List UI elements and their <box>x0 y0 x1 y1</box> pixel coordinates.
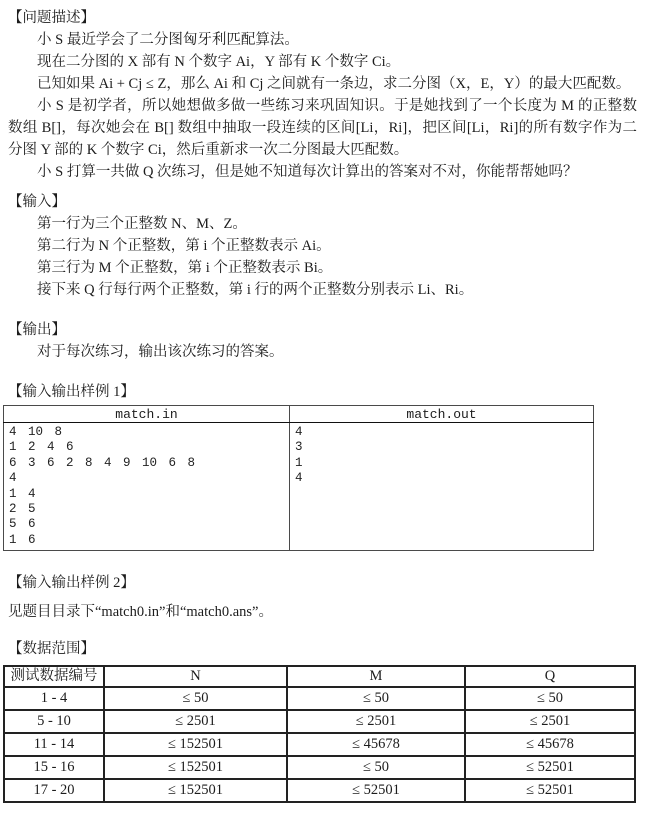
heading-input: 【输入】 <box>8 191 637 213</box>
sample-input-line: 4 <box>9 471 289 486</box>
sample-input-line: 1 2 4 6 <box>9 440 289 455</box>
table-row: 5 - 10 ≤ 2501 ≤ 2501 ≤ 2501 <box>4 710 635 733</box>
range-cell-testcase: 17 - 20 <box>4 779 104 802</box>
range-cell-m: ≤ 50 <box>287 687 465 710</box>
problem-paragraph-4: 小 S 是初学者，所以她想做多做一些练习来巩固知识。于是她找到了一个长度为 M … <box>8 95 637 161</box>
sample-io-content-row: 4 10 8 1 2 4 6 6 3 6 2 8 4 9 10 6 8 4 1 … <box>4 423 594 551</box>
sample-2-note: 见题目目录下“match0.in”和“match0.ans”。 <box>8 601 637 623</box>
input-format-line-1: 第一行为三个正整数 N、M、Z。 <box>8 213 637 235</box>
range-cell-q: ≤ 50 <box>465 687 635 710</box>
sample-io-header-row: match.in match.out <box>4 406 594 423</box>
table-row: 1 - 4 ≤ 50 ≤ 50 ≤ 50 <box>4 687 635 710</box>
range-header-testcase: 测试数据编号 <box>4 666 104 687</box>
sample-input-cell: 4 10 8 1 2 4 6 6 3 6 2 8 4 9 10 6 8 4 1 … <box>4 423 290 551</box>
range-header-row: 测试数据编号 N M Q <box>4 666 635 687</box>
range-header-m: M <box>287 666 465 687</box>
range-cell-n: ≤ 152501 <box>104 779 287 802</box>
problem-paragraph-3: 已知如果 Ai + Cj ≤ Z，那么 Ai 和 Cj 之间就有一条边，求二分图… <box>8 73 637 95</box>
range-cell-testcase: 5 - 10 <box>4 710 104 733</box>
sample-input-line: 4 10 8 <box>9 425 289 440</box>
problem-statement-page: 【问题描述】 小 S 最近学会了二分图匈牙利匹配算法。 现在二分图的 X 部有 … <box>0 0 645 827</box>
table-row: 17 - 20 ≤ 152501 ≤ 52501 ≤ 52501 <box>4 779 635 802</box>
sample-input-filename: match.in <box>4 406 290 423</box>
sample-input-line: 1 4 <box>9 487 289 502</box>
range-cell-m: ≤ 2501 <box>287 710 465 733</box>
range-cell-q: ≤ 2501 <box>465 710 635 733</box>
problem-paragraph-2: 现在二分图的 X 部有 N 个数字 Ai，Y 部有 K 个数字 Ci。 <box>8 51 637 73</box>
heading-sample-2: 【输入输出样例 2】 <box>8 572 637 594</box>
range-cell-m: ≤ 52501 <box>287 779 465 802</box>
range-cell-n: ≤ 152501 <box>104 733 287 756</box>
range-cell-testcase: 15 - 16 <box>4 756 104 779</box>
range-cell-n: ≤ 152501 <box>104 756 287 779</box>
sample-input-line: 2 5 <box>9 502 289 517</box>
range-cell-n: ≤ 2501 <box>104 710 287 733</box>
sample-output-line: 3 <box>295 440 593 455</box>
sample-output-cell: 4 3 1 4 <box>290 423 594 551</box>
range-cell-q: ≤ 52501 <box>465 756 635 779</box>
heading-problem-description: 【问题描述】 <box>8 7 637 29</box>
range-cell-m: ≤ 45678 <box>287 733 465 756</box>
table-row: 15 - 16 ≤ 152501 ≤ 50 ≤ 52501 <box>4 756 635 779</box>
sample-output-line: 4 <box>295 471 593 486</box>
table-row: 11 - 14 ≤ 152501 ≤ 45678 ≤ 45678 <box>4 733 635 756</box>
range-cell-n: ≤ 50 <box>104 687 287 710</box>
range-cell-m: ≤ 50 <box>287 756 465 779</box>
sample-input-line: 5 6 <box>9 517 289 532</box>
range-cell-testcase: 1 - 4 <box>4 687 104 710</box>
sample-output-line: 1 <box>295 456 593 471</box>
input-format-line-4: 接下来 Q 行每行两个正整数，第 i 行的两个正整数分别表示 Li、Ri。 <box>8 279 637 301</box>
input-format-line-3: 第三行为 M 个正整数，第 i 个正整数表示 Bi。 <box>8 257 637 279</box>
data-range-table: 测试数据编号 N M Q 1 - 4 ≤ 50 ≤ 50 ≤ 50 5 - 10… <box>3 665 636 803</box>
input-format-line-2: 第二行为 N 个正整数，第 i 个正整数表示 Ai。 <box>8 235 637 257</box>
output-format-line: 对于每次练习，输出该次练习的答案。 <box>8 341 637 363</box>
heading-sample-1: 【输入输出样例 1】 <box>8 381 637 403</box>
range-cell-q: ≤ 45678 <box>465 733 635 756</box>
problem-paragraph-1: 小 S 最近学会了二分图匈牙利匹配算法。 <box>8 29 637 51</box>
sample-input-line: 1 6 <box>9 533 289 548</box>
heading-output: 【输出】 <box>8 319 637 341</box>
sample-output-filename: match.out <box>290 406 594 423</box>
range-cell-q: ≤ 52501 <box>465 779 635 802</box>
range-cell-testcase: 11 - 14 <box>4 733 104 756</box>
sample-input-line: 6 3 6 2 8 4 9 10 6 8 <box>9 456 289 471</box>
sample-output-line: 4 <box>295 425 593 440</box>
problem-paragraph-5: 小 S 打算一共做 Q 次练习，但是她不知道每次计算出的答案对不对，你能帮帮她吗… <box>8 161 637 183</box>
range-header-q: Q <box>465 666 635 687</box>
heading-data-range: 【数据范围】 <box>8 638 637 660</box>
range-header-n: N <box>104 666 287 687</box>
sample-io-table: match.in match.out 4 10 8 1 2 4 6 6 3 6 … <box>3 405 594 551</box>
